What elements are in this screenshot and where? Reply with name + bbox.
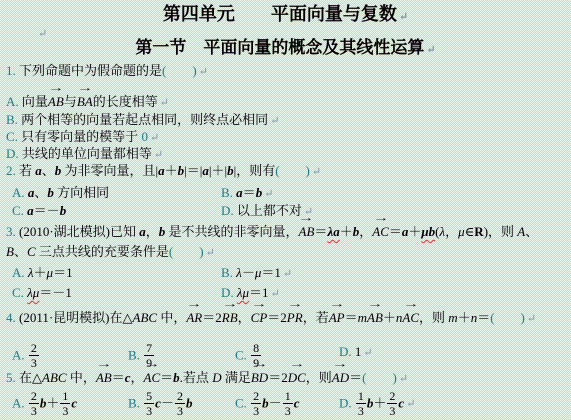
text-segment: 、	[34, 185, 47, 200]
vector-term: →AB	[367, 309, 383, 327]
option-5d: D. 13b＋23c↵	[339, 391, 415, 418]
text-segment: λμ	[237, 285, 249, 300]
paragraph-mark-icon: ↵	[399, 373, 408, 385]
vector-arrow-icon: →	[289, 360, 305, 370]
vector-letters: AB	[48, 94, 64, 109]
text-segment: A.	[12, 395, 25, 410]
fraction-denominator: 3	[389, 404, 395, 417]
text-segment: 1	[352, 344, 362, 359]
text-segment: 以上都不对	[234, 203, 302, 218]
text-segment: B.	[6, 112, 18, 127]
text-segment: 1.	[6, 63, 16, 78]
vector-letters: AC	[372, 224, 389, 239]
text-segment: ＝	[160, 370, 173, 385]
vector-term: →AP	[329, 309, 345, 327]
text-segment: D.	[221, 285, 234, 300]
text-segment: b	[60, 203, 67, 218]
text-segment	[25, 395, 28, 410]
text-segment: 在△	[16, 370, 42, 385]
text-segment: B.	[221, 185, 233, 200]
text-segment: )，则	[484, 224, 518, 239]
text-segment: B.	[128, 395, 140, 410]
fraction: 13	[356, 390, 366, 417]
text-segment: ＝1	[261, 265, 281, 280]
text-segment: A.	[12, 347, 25, 362]
text-segment: ( )	[162, 63, 197, 78]
text-segment: ，	[131, 370, 144, 385]
text-segment	[352, 395, 355, 410]
vector-letters: CP	[251, 310, 268, 325]
paragraph-mark-icon: ↵	[206, 247, 215, 259]
text-segment: ＝1	[249, 285, 269, 300]
vector-term: →PR	[287, 309, 303, 327]
vector-letters: AB	[299, 224, 315, 239]
question-4: 4. (2011·昆明模拟)在△ABC 中，→AR＝2→RB，→CP＝2→PR，…	[6, 309, 536, 328]
vector-letters: AP	[329, 310, 345, 325]
fraction-numerator: 1	[356, 390, 366, 404]
text-segment: ，	[238, 310, 251, 325]
text-segment: ，	[359, 224, 372, 239]
text-segment: ＝－	[34, 203, 60, 218]
paragraph-mark-icon: ↵	[199, 66, 208, 78]
option-5a: A. 23b＋13c	[12, 391, 77, 418]
text-segment: ＝1	[53, 265, 73, 280]
fraction: 13	[60, 390, 70, 417]
fraction-numerator: 1	[60, 390, 70, 404]
text-segment: 为非零向量，且|	[61, 163, 158, 178]
document-page: 第四单元 平面向量与复数↵↵第一节 平面向量的概念及其线性运算↵1. 下列命题中…	[0, 0, 571, 420]
text-segment: ＝	[349, 370, 362, 385]
text-segment: ＝－1	[39, 285, 72, 300]
text-segment: A.	[12, 185, 25, 200]
text-segment: ＋	[165, 163, 178, 178]
text-segment: λa	[327, 224, 339, 239]
vector-letters: AC	[144, 370, 161, 385]
paragraph-mark-icon: ↵	[270, 115, 279, 127]
text-segment: 0	[141, 129, 148, 144]
fraction-numerator: 2	[29, 390, 39, 404]
text-segment: B	[6, 244, 14, 259]
text-segment: |＝|	[184, 163, 202, 178]
text-segment: 只有零向量的模等于	[18, 129, 142, 144]
vector-arrow-icon: →	[77, 84, 93, 94]
question-2: 2. 若 a、b 为非零向量，且|a＋b|＝|a|＋|b|，则有( )↵	[6, 162, 321, 181]
text-segment: c	[398, 395, 404, 410]
text-segment: 、	[525, 224, 538, 239]
text-segment: C.	[235, 395, 247, 410]
text-segment: ABC	[42, 370, 67, 385]
vector-term: →AR	[186, 309, 202, 327]
option-5b: B. 53c－23b	[128, 391, 192, 418]
vector-letters: BD	[251, 370, 268, 385]
text-segment: 下列命题中为假命题的是	[16, 63, 162, 78]
text-segment: (2010·湖北模拟)已知	[16, 224, 140, 239]
vector-term: →AB	[299, 223, 315, 241]
text-segment: ，则	[306, 370, 332, 385]
text-segment: B.	[221, 265, 233, 280]
text-segment: 共线的单位向量都相等	[19, 146, 152, 161]
vector-letters: RB	[222, 310, 238, 325]
paragraph-mark-icon: ↵	[160, 97, 169, 109]
fraction-numerator: 5	[144, 390, 154, 404]
vector-term: →DC	[288, 369, 306, 387]
option-5c: C. 23b－13c	[235, 391, 299, 418]
vector-term: →AC	[144, 369, 161, 387]
text-segment: D.	[339, 395, 352, 410]
fraction-denominator: 3	[31, 404, 37, 417]
text-segment: ＝2	[268, 370, 288, 385]
paragraph-mark-icon: ↵	[150, 132, 159, 144]
option-2b: B. a＝b↵	[221, 184, 273, 203]
paragraph-mark-icon: ↵	[264, 188, 273, 200]
text-segment: 、	[14, 244, 27, 259]
text-segment	[25, 347, 28, 362]
text-segment: C.	[12, 285, 24, 300]
fraction-numerator: 2	[175, 390, 185, 404]
text-segment: D.	[339, 344, 352, 359]
fraction: 23	[175, 390, 185, 417]
text-segment: ，若	[303, 310, 329, 325]
vector-term: →CP	[251, 309, 268, 327]
text-segment: ＝	[477, 310, 490, 325]
doc-subtitle: 第一节 平面向量的概念及其线性运算↵	[0, 38, 571, 60]
fraction-numerator: 2	[387, 390, 397, 404]
fraction: 53	[144, 390, 154, 417]
question-3-line-1: 3. (2010·湖北模拟)已知 a，b 是不共线的非零向量，→AB＝λa＋b，…	[6, 223, 538, 241]
text-segment: 两个相等的向量若起点相同，则终点必相同	[18, 112, 268, 127]
text-segment: ＝	[389, 224, 402, 239]
text-segment: λμ	[27, 285, 39, 300]
text-segment: ( )	[490, 310, 525, 325]
paragraph-mark-icon: ↵	[527, 313, 536, 325]
vector-arrow-icon: →	[48, 84, 64, 94]
vector-term: →AC	[402, 309, 419, 327]
option-4a: A. 23	[12, 343, 40, 370]
text-segment: ( )	[169, 244, 204, 259]
vector-letters: AB	[96, 370, 112, 385]
vector-term: →BA	[77, 93, 93, 111]
text-segment: 第一节 平面向量的概念及其线性运算	[135, 38, 424, 57]
text-segment: |，则有	[234, 163, 276, 178]
text-segment: c	[294, 395, 300, 410]
text-segment: ＝	[243, 185, 256, 200]
text-segment: ＝	[314, 224, 327, 239]
text-segment: 与	[64, 94, 77, 109]
text-segment: 第四单元 平面向量与复数	[163, 4, 397, 24]
vector-letters: AD	[332, 370, 349, 385]
fraction-denominator: 3	[31, 356, 37, 369]
text-segment: ＋	[383, 310, 396, 325]
text-segment: 三点共线的充要条件是	[36, 244, 169, 259]
text-segment: .若点	[180, 370, 213, 385]
text-segment: 2.	[6, 163, 16, 178]
vector-arrow-icon: →	[367, 300, 383, 310]
fraction: 23	[387, 390, 397, 417]
text-segment: ( )	[275, 163, 310, 178]
vector-arrow-icon: →	[251, 300, 267, 310]
text-segment: C.	[235, 347, 247, 362]
fraction: 23	[29, 390, 39, 417]
text-segment: A.	[12, 265, 25, 280]
text-segment: ( )	[362, 370, 397, 385]
fraction-denominator: 3	[358, 404, 364, 417]
vector-arrow-icon: →	[186, 300, 202, 310]
vector-term: →RB	[222, 309, 238, 327]
text-segment: 中，	[67, 370, 96, 385]
option-2a: A. a、b 方向相同	[12, 184, 109, 202]
text-segment: 若	[16, 163, 36, 178]
vector-letters: PR	[287, 310, 303, 325]
question-5: 5. 在△ABC 中，→AB＝c，→AC＝b.若点 D 满足→BD＝2→DC，则…	[6, 369, 408, 388]
vector-arrow-icon: →	[332, 360, 348, 370]
text-segment: C.	[6, 129, 18, 144]
text-segment: －	[161, 395, 174, 410]
text-segment	[247, 395, 250, 410]
text-segment: C	[27, 244, 36, 259]
vector-arrow-icon: →	[329, 300, 345, 310]
option-2c: C. a＝－b	[12, 202, 66, 220]
text-segment: ＝2	[267, 310, 287, 325]
text-segment: b	[256, 185, 263, 200]
fraction-denominator: 3	[285, 404, 291, 417]
vector-letters: BA	[77, 94, 93, 109]
vector-arrow-icon: →	[298, 214, 314, 224]
vector-arrow-icon: →	[287, 300, 303, 310]
paragraph-mark-icon: ↵	[399, 11, 408, 23]
text-segment: m	[448, 310, 457, 325]
text-segment: b	[186, 395, 193, 410]
text-segment: 中，	[157, 310, 186, 325]
fraction-numerator: 2	[251, 390, 261, 404]
paragraph-mark-icon: ↵	[426, 44, 435, 56]
text-segment: D.	[6, 146, 19, 161]
fraction-denominator: 3	[62, 404, 68, 417]
text-segment: 是不共线的非零向量，	[165, 224, 298, 239]
vector-letters: DC	[288, 370, 306, 385]
paragraph-mark-icon: ↵	[283, 268, 292, 280]
fraction-numerator: 7	[144, 342, 154, 356]
fraction-numerator: 2	[29, 342, 39, 356]
text-segment: 满足	[222, 370, 251, 385]
text-segment: B.	[128, 347, 140, 362]
text-segment	[140, 395, 143, 410]
text-segment: ＝	[112, 370, 125, 385]
vector-term: →AC	[372, 223, 389, 241]
fraction-denominator: 3	[253, 404, 259, 417]
option-3b: B. λ－μ＝1↵	[221, 264, 292, 283]
question-3-line-2: B、C 三点共线的充要条件是( )↵	[6, 243, 215, 262]
option-3c: C. λμ＝－1	[12, 284, 72, 302]
fraction-numerator: 1	[283, 390, 293, 404]
text-segment: |＋|	[209, 163, 227, 178]
fraction: 13	[283, 390, 293, 417]
vector-term: →AB	[96, 369, 112, 387]
fraction-denominator: 3	[177, 404, 183, 417]
vector-term: →AB	[48, 93, 64, 111]
text-segment: D.	[221, 203, 234, 218]
vector-letters: AR	[186, 310, 202, 325]
paragraph-mark-icon: ↵	[154, 149, 163, 161]
text-segment: ＋	[34, 265, 47, 280]
text-segment: ，	[146, 224, 159, 239]
fraction: 23	[29, 342, 39, 369]
text-segment: μb	[421, 224, 435, 239]
text-segment: －	[269, 395, 282, 410]
paragraph-mark-icon: ↵	[312, 166, 321, 178]
vector-letters: AC	[402, 310, 419, 325]
text-segment	[247, 347, 250, 362]
doc-title: 第四单元 平面向量与复数↵	[0, 4, 571, 27]
text-segment: －	[242, 265, 255, 280]
vector-term: →AD	[332, 369, 349, 387]
text-segment: 5.	[6, 370, 16, 385]
vector-arrow-icon: →	[252, 360, 268, 370]
paragraph-mark-icon: ↵	[406, 398, 415, 410]
text-segment: ＋	[458, 310, 471, 325]
text-segment: ，	[445, 224, 458, 239]
option-1a: A. 向量→AB与→BA的长度相等↵	[6, 93, 169, 112]
vector-arrow-icon: →	[144, 360, 160, 370]
text-segment: R	[474, 224, 483, 239]
text-segment: ＋	[408, 224, 421, 239]
vector-arrow-icon: →	[96, 360, 112, 370]
vector-arrow-icon: →	[222, 300, 238, 310]
text-segment: 的长度相等	[93, 94, 158, 109]
question-1: 1. 下列命题中为假命题的是( )↵	[6, 62, 208, 81]
text-segment: ＋	[340, 224, 353, 239]
text-segment: (2011·昆明模拟)在△	[16, 310, 133, 325]
text-segment: 3.	[6, 224, 16, 239]
text-segment	[140, 347, 143, 362]
text-segment: m	[358, 310, 367, 325]
text-segment: ∈	[465, 224, 475, 239]
text-segment: ＋	[46, 395, 59, 410]
fraction-denominator: 3	[146, 404, 152, 417]
paragraph-mark-icon: ↵	[363, 347, 372, 359]
text-segment: 方向相同	[54, 185, 109, 200]
fraction: 23	[251, 390, 261, 417]
vector-term: →BD	[251, 369, 268, 387]
option-3a: A. λ＋μ＝1	[12, 264, 73, 282]
text-segment: 4.	[6, 310, 16, 325]
fraction-numerator: 8	[251, 342, 261, 356]
vector-arrow-icon: →	[403, 300, 419, 310]
paragraph-mark-icon: ↵	[271, 288, 280, 300]
text-segment: A.	[6, 94, 19, 109]
text-segment: ，则	[419, 310, 448, 325]
text-segment: C.	[12, 203, 24, 218]
text-segment: 、	[42, 163, 55, 178]
vector-arrow-icon: →	[373, 214, 389, 224]
text-segment: ＝2	[202, 310, 222, 325]
text-segment: ABC	[133, 310, 158, 325]
text-segment: 向量	[19, 94, 48, 109]
text-segment: c	[71, 395, 77, 410]
text-segment: D	[212, 370, 221, 385]
vector-letters: AB	[367, 310, 383, 325]
text-segment: ＝	[345, 310, 358, 325]
text-segment: ＋	[373, 395, 386, 410]
